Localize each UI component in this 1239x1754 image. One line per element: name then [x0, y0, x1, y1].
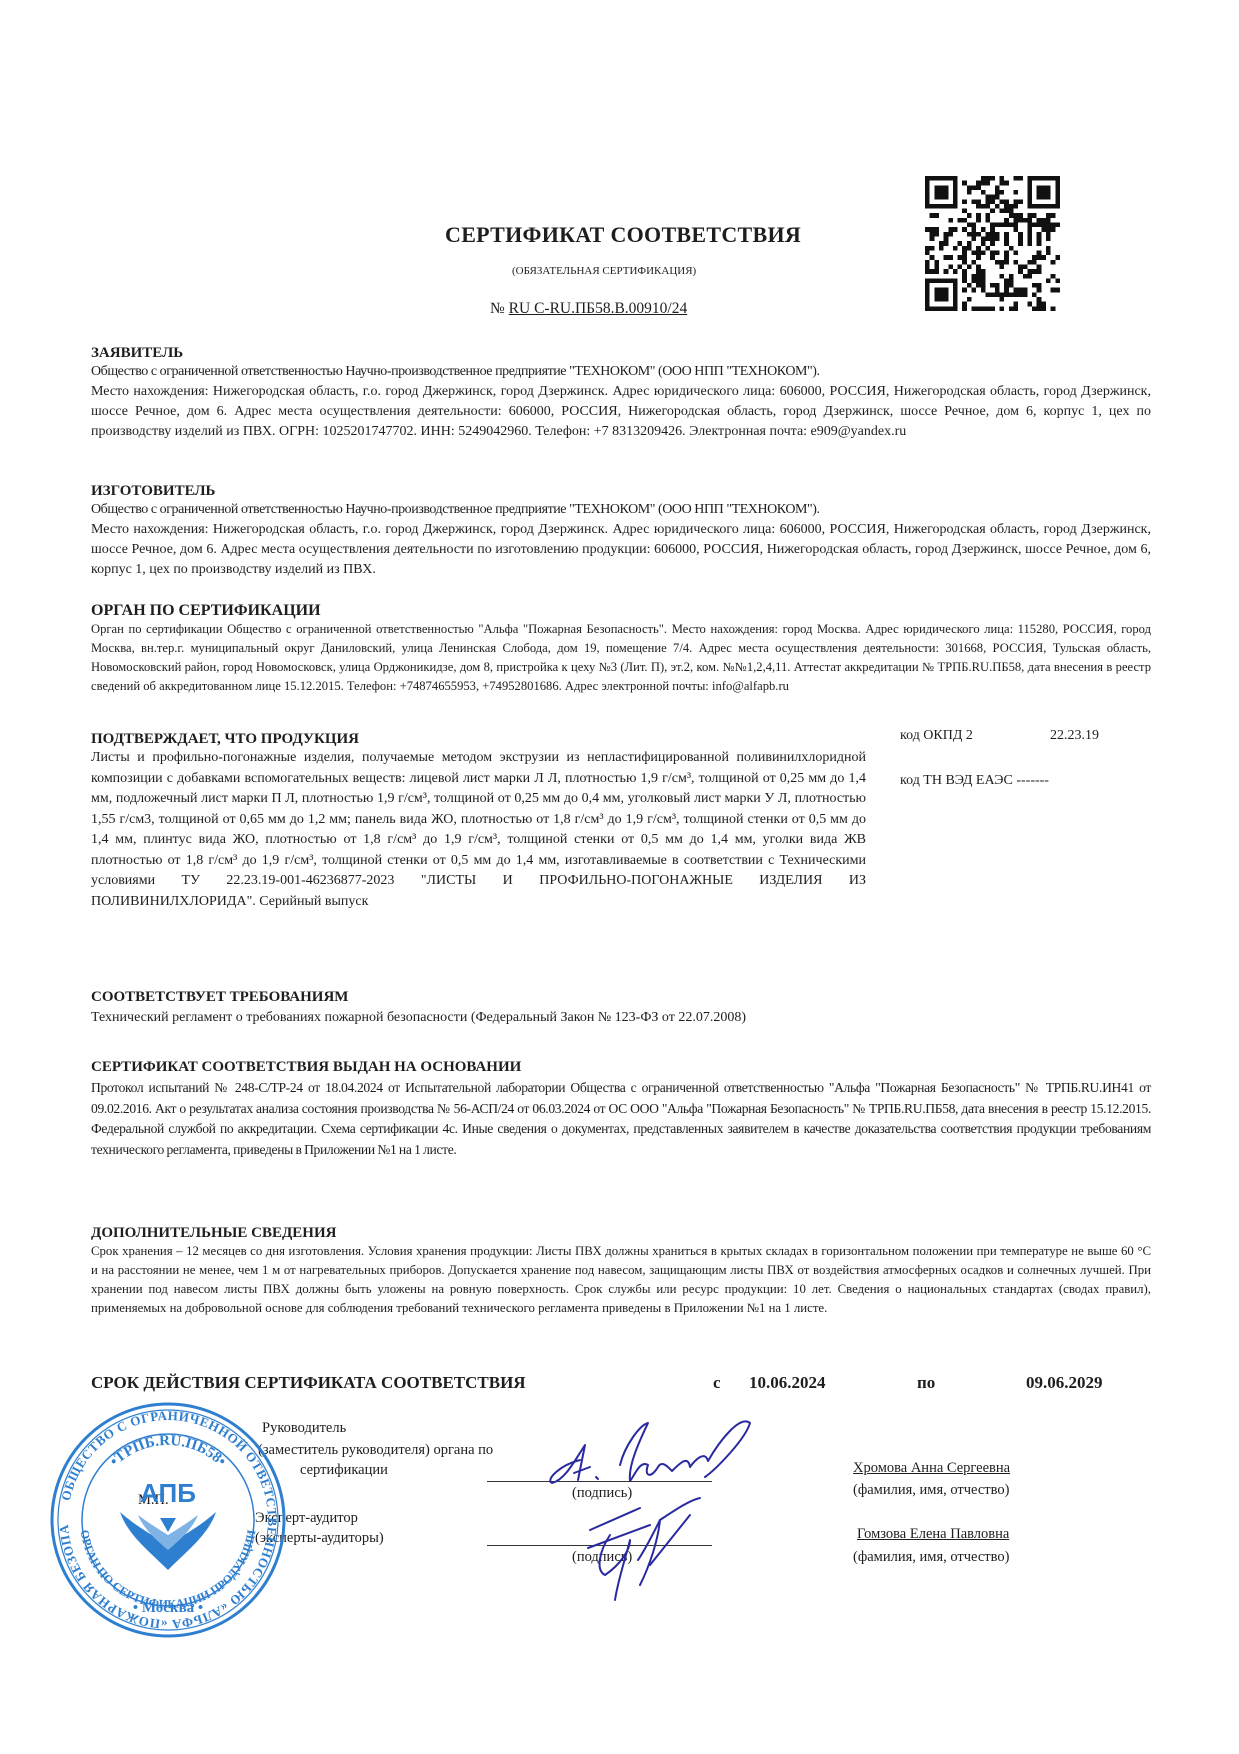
stamp-logo-text: АПБ	[140, 1478, 196, 1508]
validity-label: СРОК ДЕЙСТВИЯ СЕРТИФИКАТА СООТВЕТСТВИЯ	[91, 1373, 526, 1393]
stamp-wings-icon	[120, 1512, 216, 1570]
document-title: СЕРТИФИКАТ СООТВЕТСТВИЯ	[445, 222, 801, 248]
manufacturer-heading: ИЗГОТОВИТЕЛЬ	[91, 482, 1151, 500]
head-fio-caption: (фамилия, имя, отчество)	[853, 1482, 1009, 1499]
product-description: Листы и профильно-погонажные изделия, по…	[91, 748, 866, 912]
organization-stamp: ОБЩЕСТВО С ОГРАНИЧЕННОЙ ОТВЕТСТВЕННОСТЬЮ…	[48, 1400, 288, 1640]
basis-section: СЕРТИФИКАТ СООТВЕТСТВИЯ ВЫДАН НА ОСНОВАН…	[91, 1058, 1151, 1160]
stamp-city: • Москва •	[133, 1600, 203, 1616]
requirements-section: СООТВЕТСТВУЕТ ТРЕБОВАНИЯМ Технический ре…	[91, 988, 1151, 1028]
okpd-value: 22.23.19	[1050, 728, 1099, 744]
head-label-line2: (заместитель руководителя) органа по	[258, 1440, 493, 1460]
certification-body-heading: ОРГАН ПО СЕРТИФИКАЦИИ	[91, 602, 1151, 620]
applicant-name: Общество с ограниченной ответственностью…	[91, 362, 1151, 382]
applicant-section: ЗАЯВИТЕЛЬ Общество с ограниченной ответс…	[91, 344, 1151, 442]
product-heading: ПОДТВЕРЖДАЕТ, ЧТО ПРОДУКЦИЯ	[91, 730, 866, 748]
stamp-inner-top: •ТРПБ.RU.ПБ58•	[107, 1433, 229, 1470]
manufacturer-section: ИЗГОТОВИТЕЛЬ Общество с ограниченной отв…	[91, 482, 1151, 580]
applicant-address: Место нахождения: Нижегородская область,…	[91, 382, 1151, 442]
requirements-heading: СООТВЕТСТВУЕТ ТРЕБОВАНИЯМ	[91, 988, 1151, 1006]
manufacturer-address: Место нахождения: Нижегородская область,…	[91, 520, 1151, 580]
okpd-label: код ОКПД 2	[900, 728, 973, 743]
tnved-code: код ТН ВЭД ЕАЭС -------	[900, 773, 1049, 789]
product-section: ПОДТВЕРЖДАЕТ, ЧТО ПРОДУКЦИЯ Листы и проф…	[91, 730, 866, 912]
head-label-line3: сертификации	[300, 1460, 388, 1480]
expert-signature-scribble	[560, 1470, 760, 1610]
tnved-value: -------	[1016, 773, 1049, 788]
number-prefix: №	[490, 300, 505, 317]
validity-from-label: с	[713, 1373, 721, 1393]
additional-text: Срок хранения – 12 месяцев со дня изгото…	[91, 1242, 1151, 1318]
head-name: Хромова Анна Сергеевна	[853, 1460, 1010, 1477]
certification-body-section: ОРГАН ПО СЕРТИФИКАЦИИ Орган по сертифика…	[91, 602, 1151, 696]
okpd-code: код ОКПД 2 22.23.19	[900, 728, 973, 744]
manufacturer-name: Общество с ограниченной ответственностью…	[91, 500, 1151, 520]
basis-text: Протокол испытаний № 248-С/ТР-24 от 18.0…	[91, 1078, 1151, 1160]
additional-section: ДОПОЛНИТЕЛЬНЫЕ СВЕДЕНИЯ Срок хранения – …	[91, 1224, 1151, 1318]
validity-from-date: 10.06.2024	[749, 1373, 826, 1393]
applicant-heading: ЗАЯВИТЕЛЬ	[91, 344, 1151, 362]
validity-to-date: 09.06.2029	[1026, 1373, 1103, 1393]
qr-code-icon[interactable]	[925, 176, 1060, 311]
document-subtitle: (ОБЯЗАТЕЛЬНАЯ СЕРТИФИКАЦИЯ)	[512, 265, 696, 277]
certification-body-text: Орган по сертификации Общество с огранич…	[91, 620, 1151, 696]
validity-to-label: по	[917, 1373, 935, 1393]
tnved-label: код ТН ВЭД ЕАЭС	[900, 773, 1013, 788]
number-value: RU C-RU.ПБ58.В.00910/24	[509, 300, 688, 317]
expert-name: Гомзова Елена Павловна	[857, 1526, 1009, 1543]
additional-heading: ДОПОЛНИТЕЛЬНЫЕ СВЕДЕНИЯ	[91, 1224, 1151, 1242]
basis-heading: СЕРТИФИКАТ СООТВЕТСТВИЯ ВЫДАН НА ОСНОВАН…	[91, 1058, 1151, 1076]
expert-fio-caption: (фамилия, имя, отчество)	[853, 1549, 1009, 1566]
requirements-text: Технический регламент о требованиях пожа…	[91, 1008, 1151, 1028]
certificate-number: № RU C-RU.ПБ58.В.00910/24	[490, 300, 687, 318]
